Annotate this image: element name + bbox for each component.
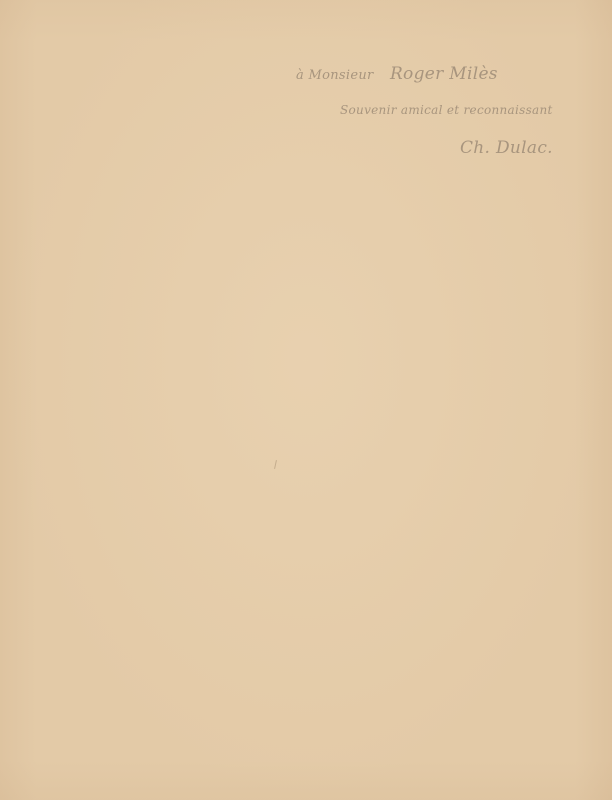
dedicatee-name: Roger Milès: [390, 64, 498, 84]
dedication-prefix: à Monsieur: [296, 68, 374, 83]
signature: Ch. Dulac.: [460, 138, 553, 158]
scanned-page: à Monsieur Roger Milès Souvenir amical e…: [0, 0, 612, 800]
dedication-line: à Monsieur Roger Milès: [296, 64, 498, 84]
paper-blemish: [274, 460, 277, 469]
dedication-message: Souvenir amical et reconnaissant: [340, 103, 553, 117]
